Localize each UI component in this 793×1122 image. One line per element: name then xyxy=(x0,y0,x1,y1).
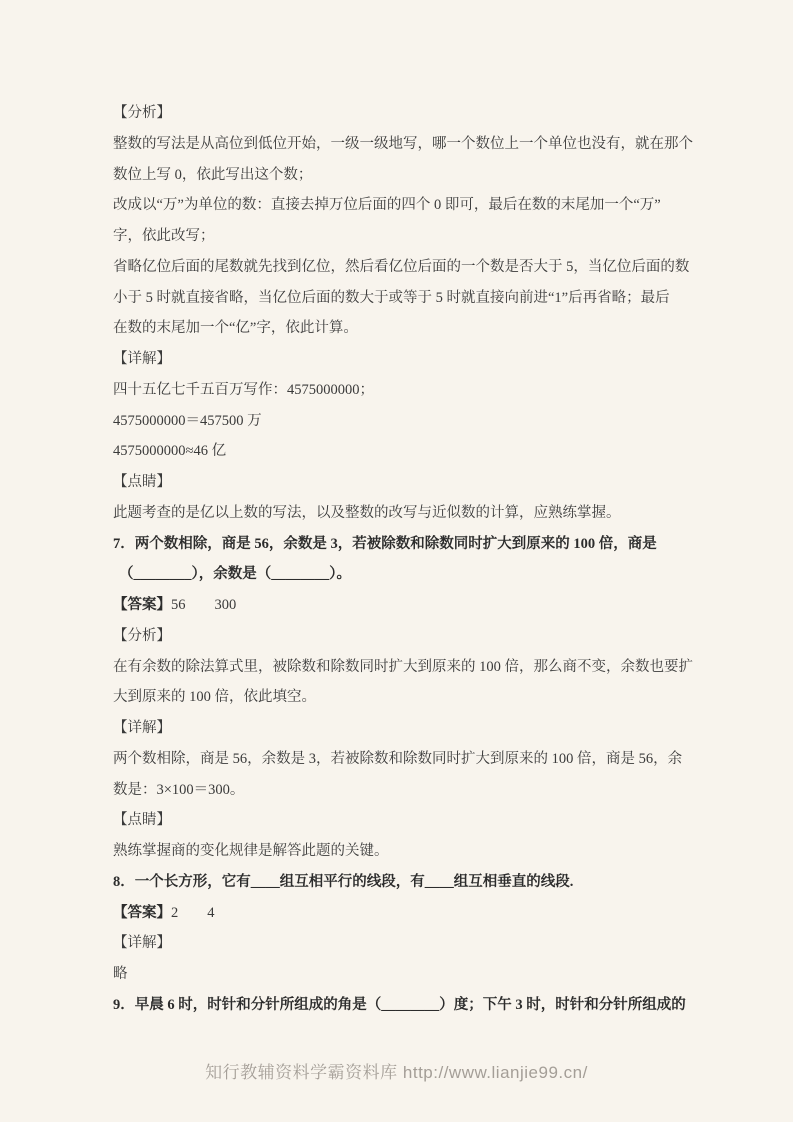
document-line: （________），余数是（________）。 xyxy=(113,559,713,590)
line-normal-text: 改成以“万”为单位的数：直接去掉万位后面的四个 0 即可，最后在数的末尾加一个“… xyxy=(113,197,661,213)
line-normal-text: 【详解】 xyxy=(113,351,171,367)
document-line: 【点睛】 xyxy=(113,805,713,836)
footer-watermark-text: 知行教辅资料学霸资料库 http://www.lianjie99.cn/ xyxy=(205,1063,588,1082)
line-normal-text: 略 xyxy=(113,966,128,982)
document-line: 省略亿位后面的尾数就先找到亿位，然后看亿位后面的一个数是否大于 5，当亿位后面的… xyxy=(113,252,713,283)
line-normal-text: 整数的写法是从高位到低位开始，一级一级地写，哪一个数位上一个单位也没有，就在那个 xyxy=(113,136,693,152)
document-line: 7．两个数相除，商是 56，余数是 3，若被除数和除数同时扩大到原来的 100 … xyxy=(113,529,713,560)
line-normal-text: 数位上写 0，依此写出这个数； xyxy=(113,167,312,183)
document-line: 4575000000≈46 亿 xyxy=(113,436,713,467)
line-normal-text: 大到原来的 100 倍，依此填空。 xyxy=(113,689,316,705)
line-normal-text: 【分析】 xyxy=(113,628,171,644)
document-line: 【分析】 xyxy=(113,98,713,129)
document-content: 【分析】 整数的写法是从高位到低位开始，一级一级地写，哪一个数位上一个单位也没有… xyxy=(113,98,713,1021)
line-bold-text: 【答案】 xyxy=(113,597,171,613)
document-line: 8．一个长方形，它有____组互相平行的线段，有____组互相垂直的线段. xyxy=(113,867,713,898)
document-line: 【详解】 xyxy=(113,928,713,959)
line-normal-text: 小于 5 时就直接省略，当亿位后面的数大于或等于 5 时就直接向前进“1”后再省… xyxy=(113,290,670,306)
document-line: 在数的末尾加一个“亿”字，依此计算。 xyxy=(113,313,713,344)
page-footer: 知行教辅资料学霸资料库 http://www.lianjie99.cn/ xyxy=(0,1058,793,1088)
document-line: 9．早晨 6 时，时针和分针所组成的角是（________）度；下午 3 时，时… xyxy=(113,990,713,1021)
document-line: 整数的写法是从高位到低位开始，一级一级地写，哪一个数位上一个单位也没有，就在那个 xyxy=(113,129,713,160)
document-line: 略 xyxy=(113,959,713,990)
document-page: 【分析】 整数的写法是从高位到低位开始，一级一级地写，哪一个数位上一个单位也没有… xyxy=(0,0,793,1122)
line-normal-text: 字，依此改写； xyxy=(113,228,215,244)
line-bold-text: 【答案】 xyxy=(113,905,171,921)
line-bold-text: 8．一个长方形，它有____组互相平行的线段，有____组互相垂直的线段. xyxy=(113,874,573,890)
document-line: 小于 5 时就直接省略，当亿位后面的数大于或等于 5 时就直接向前进“1”后再省… xyxy=(113,283,713,314)
document-line: 改成以“万”为单位的数：直接去掉万位后面的四个 0 即可，最后在数的末尾加一个“… xyxy=(113,190,713,221)
line-normal-text: 在数的末尾加一个“亿”字，依此计算。 xyxy=(113,320,358,336)
document-line: 【答案】2 4 xyxy=(113,898,713,929)
document-line: 字，依此改写； xyxy=(113,221,713,252)
line-normal-text: 省略亿位后面的尾数就先找到亿位，然后看亿位后面的一个数是否大于 5，当亿位后面的… xyxy=(113,259,689,275)
line-normal-text: 【分析】 xyxy=(113,105,171,121)
line-normal-text: 56 300 xyxy=(171,597,236,613)
line-normal-text: 4575000000＝457500 万 xyxy=(113,413,262,429)
line-normal-text: 此题考查的是亿以上数的写法，以及整数的改写与近似数的计算，应熟练掌握。 xyxy=(113,505,621,521)
line-normal-text: 【点睛】 xyxy=(113,474,171,490)
document-line: 【详解】 xyxy=(113,344,713,375)
line-normal-text: 熟练掌握商的变化规律是解答此题的关键。 xyxy=(113,843,389,859)
document-line: 【答案】56 300 xyxy=(113,590,713,621)
line-normal-text: 【详解】 xyxy=(113,935,171,951)
line-normal-text: 【详解】 xyxy=(113,720,171,736)
document-line: 数位上写 0，依此写出这个数； xyxy=(113,160,713,191)
line-normal-text: 2 4 xyxy=(171,905,215,921)
document-line: 数是：3×100＝300。 xyxy=(113,775,713,806)
document-line: 四十五亿七千五百万写作：4575000000； xyxy=(113,375,713,406)
line-normal-text: 四十五亿七千五百万写作：4575000000； xyxy=(113,382,374,398)
document-line: 【详解】 xyxy=(113,713,713,744)
document-line: 大到原来的 100 倍，依此填空。 xyxy=(113,682,713,713)
line-bold-text: （________），余数是（________）。 xyxy=(119,566,351,582)
document-line: 【分析】 xyxy=(113,621,713,652)
line-normal-text: 【点睛】 xyxy=(113,812,171,828)
document-line: 两个数相除，商是 56，余数是 3，若被除数和除数同时扩大到原来的 100 倍，… xyxy=(113,744,713,775)
line-normal-text: 两个数相除，商是 56，余数是 3，若被除数和除数同时扩大到原来的 100 倍，… xyxy=(113,751,682,767)
document-line: 此题考查的是亿以上数的写法，以及整数的改写与近似数的计算，应熟练掌握。 xyxy=(113,498,713,529)
document-line: 4575000000＝457500 万 xyxy=(113,406,713,437)
line-normal-text: 4575000000≈46 亿 xyxy=(113,443,226,459)
line-normal-text: 数是：3×100＝300。 xyxy=(113,782,244,798)
line-bold-text: 7．两个数相除，商是 56，余数是 3，若被除数和除数同时扩大到原来的 100 … xyxy=(113,536,657,552)
document-line: 【点睛】 xyxy=(113,467,713,498)
line-normal-text: 在有余数的除法算式里，被除数和除数同时扩大到原来的 100 倍，那么商不变，余数… xyxy=(113,659,693,675)
line-bold-text: 9．早晨 6 时，时针和分针所组成的角是（________）度；下午 3 时，时… xyxy=(113,997,686,1013)
document-line: 在有余数的除法算式里，被除数和除数同时扩大到原来的 100 倍，那么商不变，余数… xyxy=(113,652,713,683)
document-line: 熟练掌握商的变化规律是解答此题的关键。 xyxy=(113,836,713,867)
